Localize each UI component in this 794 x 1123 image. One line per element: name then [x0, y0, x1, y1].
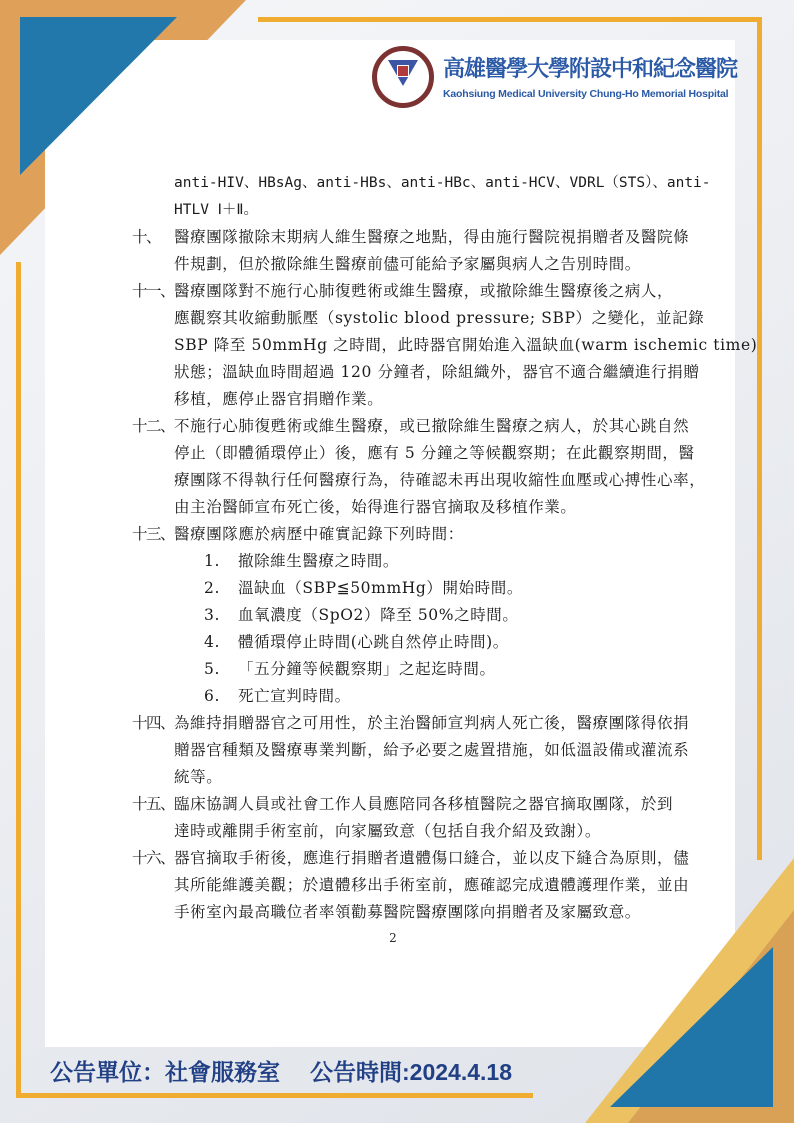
clause-number: 十五、: [132, 791, 174, 818]
record-time-item: 6. 死亡宣判時間。: [174, 683, 707, 710]
clause-line: 為維持捐贈器官之可用性，於主治醫師宣判病人死亡後，醫療團隊得依捐: [174, 710, 707, 737]
clause-11: 十一、 醫療團隊對不施行心肺復甦術或維生醫療，或撤除維生醫療後之病人， 應觀察其…: [132, 278, 707, 413]
hospital-name-english: Kaohsiung Medical University Chung-Ho Me…: [443, 88, 728, 100]
announcement-page: { "page": { "number": "2" }, "colors": {…: [0, 0, 794, 1123]
announcement-unit: 公告單位：社會服務室: [50, 1054, 280, 1087]
intro-line: anti-HIV、HBsAg、anti-HBs、anti-HBc、anti-HC…: [174, 170, 707, 197]
clause-line: 件規劃，但於撤除維生醫療前儘可能給予家屬與病人之告別時間。: [174, 251, 707, 278]
record-time-item: 3. 血氧濃度（SpO2）降至 50%之時間。: [174, 602, 707, 629]
document-body: anti-HIV、HBsAg、anti-HBs、anti-HBc、anti-HC…: [132, 170, 707, 926]
clause-number: 十、: [132, 224, 174, 251]
frame-line-top: [258, 17, 762, 22]
clause-line: 統等。: [174, 764, 707, 791]
clause-line: 移植，應停止器官捐贈作業。: [174, 386, 707, 413]
intro-continuation: anti-HIV、HBsAg、anti-HBs、anti-HBc、anti-HC…: [132, 170, 707, 224]
list-item-text: 死亡宣判時間。: [238, 683, 707, 710]
record-time-item: 2. 溫缺血（SBP≦50mmHg）開始時間。: [174, 575, 707, 602]
list-number: 4.: [204, 629, 220, 656]
list-item-text: 「五分鐘等候觀察期」之起迄時間。: [238, 656, 707, 683]
announcement-time: 公告時間:2024.4.18: [310, 1054, 512, 1087]
clause-line: 不施行心肺復甦術或維生醫療，或已撤除維生醫療之病人，於其心跳自然: [174, 413, 707, 440]
clause-12: 十二、 不施行心肺復甦術或維生醫療，或已撤除維生醫療之病人，於其心跳自然 停止（…: [132, 413, 707, 521]
clause-13: 十三、 醫療團隊應於病歷中確實記錄下列時間： 1. 撤除維生醫療之時間。 2. …: [132, 521, 707, 710]
clause-number: 十六、: [132, 845, 174, 872]
clause-14: 十四、 為維持捐贈器官之可用性，於主治醫師宣判病人死亡後，醫療團隊得依捐 贈器官…: [132, 710, 707, 791]
list-number: 5.: [204, 656, 220, 683]
clause-line: SBP 降至 50mmHg 之時間，此時器官開始進入溫缺血(warm ische…: [174, 332, 707, 359]
clause-16: 十六、 器官摘取手術後，應進行捐贈者遺體傷口縫合，並以皮下縫合為原則，儘 其所能…: [132, 845, 707, 926]
frame-line-left: [16, 262, 21, 1098]
frame-line-right: [757, 17, 762, 860]
clause-number: 十二、: [132, 413, 174, 440]
list-number: 1.: [204, 548, 220, 575]
list-item-text: 體循環停止時間(心跳自然停止時間)。: [238, 629, 707, 656]
intro-line: HTLV Ⅰ＋Ⅱ。: [174, 197, 707, 224]
clause-line: 由主治醫師宣布死亡後，始得進行器官摘取及移植作業。: [174, 494, 707, 521]
list-item-text: 溫缺血（SBP≦50mmHg）開始時間。: [238, 575, 707, 602]
hospital-name-chinese: 高雄醫學大學附設中和紀念醫院: [443, 52, 737, 83]
list-number: 6.: [204, 683, 220, 710]
list-item-text: 撤除維生醫療之時間。: [238, 548, 707, 575]
clause-line: 醫療團隊應於病歷中確實記錄下列時間：: [174, 521, 707, 548]
clause-number: 十一、: [132, 278, 174, 305]
seal-shield-icon: [397, 65, 409, 77]
clause-number: 十三、: [132, 521, 174, 548]
clause-line: 療團隊不得執行任何醫療行為，待確認未再出現收縮性血壓或心搏性心率，: [174, 467, 707, 494]
record-time-item: 1. 撤除維生醫療之時間。: [174, 548, 707, 575]
clause-number: 十四、: [132, 710, 174, 737]
clause-line: 醫療團隊對不施行心肺復甦術或維生醫療，或撤除維生醫療後之病人，: [174, 278, 707, 305]
hospital-seal-logo-icon: [372, 46, 434, 108]
clause-line: 達時或離開手術室前，向家屬致意（包括自我介紹及致謝）。: [174, 818, 707, 845]
clause-line: 狀態；溫缺血時間超過 120 分鐘者，除組織外，器官不適合繼續進行捐贈: [174, 359, 707, 386]
list-number: 2.: [204, 575, 220, 602]
clause-line: 應觀察其收縮動脈壓（systolic blood pressure; SBP）之…: [174, 305, 707, 332]
record-time-item: 5. 「五分鐘等候觀察期」之起迄時間。: [174, 656, 707, 683]
record-time-item: 4. 體循環停止時間(心跳自然停止時間)。: [174, 629, 707, 656]
footer-bar: 公告單位：社會服務室 公告時間:2024.4.18: [50, 1054, 512, 1087]
frame-line-bottom: [16, 1093, 533, 1098]
list-item-text: 血氧濃度（SpO2）降至 50%之時間。: [238, 602, 707, 629]
page-number: 2: [383, 931, 403, 945]
clause-line: 贈器官種類及醫療專業判斷，給予必要之處置措施，如低溫設備或灌流系: [174, 737, 707, 764]
clause-line: 手術室內最高職位者率領勸募醫院醫療團隊向捐贈者及家屬致意。: [174, 899, 707, 926]
clause-line: 其所能維護美觀；於遺體移出手術室前，應確認完成遺體護理作業，並由: [174, 872, 707, 899]
list-number: 3.: [204, 602, 220, 629]
clause-line: 臨床協調人員或社會工作人員應陪同各移植醫院之器官摘取團隊，於到: [174, 791, 707, 818]
clause-line: 停止（即體循環停止）後，應有 5 分鐘之等候觀察期；在此觀察期間，醫: [174, 440, 707, 467]
clause-10: 十、 醫療團隊撤除末期病人維生醫療之地點，得由施行醫院視捐贈者及醫院條 件規劃，…: [132, 224, 707, 278]
clause-15: 十五、 臨床協調人員或社會工作人員應陪同各移植醫院之器官摘取團隊，於到 達時或離…: [132, 791, 707, 845]
clause-line: 器官摘取手術後，應進行捐贈者遺體傷口縫合，並以皮下縫合為原則，儘: [174, 845, 707, 872]
clause-line: 醫療團隊撤除末期病人維生醫療之地點，得由施行醫院視捐贈者及醫院條: [174, 224, 707, 251]
